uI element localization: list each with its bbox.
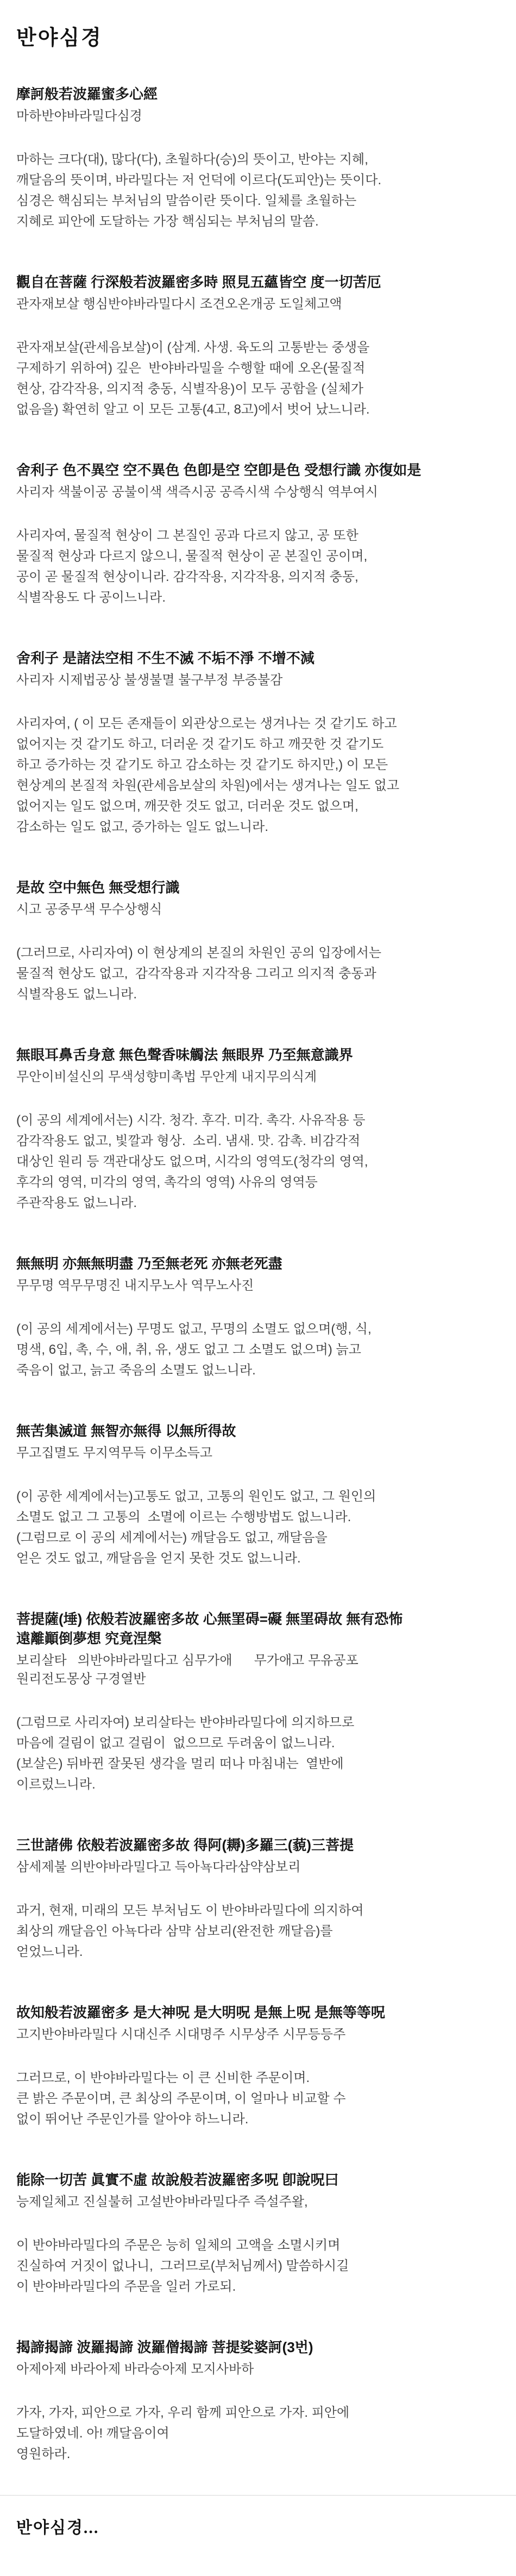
hanja-line: 舍利子 是諸法空相 不生不滅 不垢不淨 不增不減 <box>16 648 498 668</box>
hanja-line: 無苦集滅道 無智亦無得 以無所得故 <box>16 1421 498 1441</box>
commentary-text: (그러므로, 사리자여) 이 현상계의 본질의 차원인 공의 입장에서는 물질적… <box>16 943 498 1005</box>
transliteration-line: 보리살타 의반야바라밀다고 심무가애 무가애고 무유공포 원리전도몽상 구경열반 <box>16 1652 498 1689</box>
hanja-line: 揭諦揭諦 波羅揭諦 波羅僧揭諦 菩提娑婆訶(3번) <box>16 2337 498 2357</box>
commentary-text: (그럼므로 사리자여) 보리살타는 반야바라밀다에 의지하므로 마음에 걸림이 … <box>16 1712 498 1795</box>
sutra-section-gate-gate-mantra: 揭諦揭諦 波羅揭諦 波羅僧揭諦 菩提娑婆訶(3번) 아제아제 바라아제 바라승아… <box>16 2337 498 2465</box>
commentary-text: 이 반야바라밀다의 주문은 능히 일체의 고액을 소멸시키며 진실하여 거짓이 … <box>16 2235 498 2297</box>
hanja-line: 無眼耳鼻舌身意 無色聲香味觸法 無眼界 乃至無意識界 <box>16 1045 498 1065</box>
hanja-line: 是故 空中無色 無受想行識 <box>16 878 498 897</box>
sutra-section-dharma-marks: 舍利子 是諸法空相 不生不滅 不垢不淨 不增不減 사리자 시제법공상 불생불멸 … <box>16 648 498 837</box>
transliteration-line: 시고 공중무색 무수상행식 <box>16 901 498 919</box>
sutra-section-gwanjajae: 觀自在菩薩 行深般若波羅密多時 照見五蘊皆空 度一切苦厄 관자재보살 행심반야바… <box>16 272 498 420</box>
footer-divider <box>0 2495 516 2496</box>
sutra-document: 반야심경 摩訶般若波羅蜜多心經 마하반야바라밀다심경 마하는 크다(대), 많다… <box>0 0 516 2576</box>
commentary-text: 관자재보살(관세음보살)이 (삼계. 사생. 육도의 고통받는 중생을 구제하기… <box>16 337 498 420</box>
hanja-line: 舍利子 色不異空 空不異色 色卽是空 空卽是色 受想行識 亦復如是 <box>16 460 498 480</box>
sutra-section-no-form: 是故 空中無色 無受想行識 시고 공중무색 무수상행식 (그러므로, 사리자여)… <box>16 878 498 1005</box>
commentary-text: 사리자여, 물질적 현상이 그 본질인 공과 다르지 않고, 공 또한 물질적 … <box>16 526 498 608</box>
transliteration-line: 사리자 시제법공상 불생불멸 불구부정 부증불감 <box>16 671 498 690</box>
footer-title: 반야심경... <box>16 2514 498 2538</box>
hanja-line: 三世諸佛 依般若波羅密多故 得阿(耨)多羅三(藐)三菩提 <box>16 1835 498 1855</box>
transliteration-line: 무고집멸도 무지역무득 이무소득고 <box>16 1444 498 1462</box>
hanja-line: 故知般若波羅密多 是大神呪 是大明呪 是無上呪 是無等等呪 <box>16 2003 498 2022</box>
sutra-section-form-emptiness: 舍利子 色不異空 空不異色 色卽是空 空卽是色 受想行識 亦復如是 사리자 색불… <box>16 460 498 608</box>
sutra-section-bodhisattva: 菩提薩(埵) 依般若波羅密多故 心無罣碍=礙 無罣碍故 無有恐怖 遠離顚倒夢想 … <box>16 1609 498 1795</box>
transliteration-line: 사리자 색불이공 공불이색 색즉시공 공즉시색 수상행식 역부여시 <box>16 483 498 502</box>
sutra-section-maha-prajna: 摩訶般若波羅蜜多心經 마하반야바라밀다심경 마하는 크다(대), 많다(다), … <box>16 84 498 232</box>
hanja-line: 能除一切苦 眞實不虛 故說般若波羅密多呪 卽說呪曰 <box>16 2170 498 2190</box>
transliteration-line: 무무명 역무무명진 내지무노사 역무노사진 <box>16 1277 498 1295</box>
sutra-section-three-worlds-buddhas: 三世諸佛 依般若波羅密多故 得阿(耨)多羅三(藐)三菩提 삼세제불 의반야바라밀… <box>16 1835 498 1962</box>
transliteration-line: 무안이비설신의 무색성향미촉법 무안계 내지무의식계 <box>16 1068 498 1086</box>
commentary-text: 마하는 크다(대), 많다(다), 초월하다(승)의 뜻이고, 반야는 지혜, … <box>16 149 498 232</box>
sutra-section-no-senses: 無眼耳鼻舌身意 無色聲香味觸法 無眼界 乃至無意識界 무안이비설신의 무색성향미… <box>16 1045 498 1214</box>
transliteration-line: 능제일체고 진실불허 고설반야바라밀다주 즉설주왈, <box>16 2193 498 2211</box>
commentary-text: 그러므로, 이 반야바라밀다는 이 큰 신비한 주문이며. 큰 밝은 주문이며,… <box>16 2068 498 2130</box>
hanja-line: 摩訶般若波羅蜜多心經 <box>16 84 498 104</box>
commentary-text: (이 공의 세계에서는) 시각. 청각. 후각. 미각. 촉각. 사유작용 등 … <box>16 1110 498 1214</box>
commentary-text: 가자, 가자, 피안으로 가자, 우리 함께 피안으로 가자. 피안에 도달하였… <box>16 2403 498 2465</box>
sutra-section-great-mantra: 故知般若波羅密多 是大神呪 是大明呪 是無上呪 是無等等呪 고지반야바라밀다 시… <box>16 2003 498 2130</box>
sutra-section-no-ignorance: 無無明 亦無無明盡 乃至無老死 亦無老死盡 무무명 역무무명진 내지무노사 역무… <box>16 1254 498 1381</box>
commentary-text: 사리자여, ( 이 모든 존재들이 외관상으로는 생겨나는 것 같기도 하고 없… <box>16 714 498 837</box>
transliteration-line: 아제아제 바라아제 바라승아제 모지사바하 <box>16 2360 498 2379</box>
hanja-line: 菩提薩(埵) 依般若波羅密多故 心無罣碍=礙 無罣碍故 無有恐怖 遠離顚倒夢想 … <box>16 1609 498 1648</box>
hanja-line: 觀自在菩薩 行深般若波羅密多時 照見五蘊皆空 度一切苦厄 <box>16 272 498 292</box>
sutra-section-no-suffering: 無苦集滅道 無智亦無得 以無所得故 무고집멸도 무지역무득 이무소득고 (이 공… <box>16 1421 498 1569</box>
transliteration-line: 삼세제불 의반야바라밀다고 득아뇩다라삼약삼보리 <box>16 1858 498 1877</box>
hanja-line: 無無明 亦無無明盡 乃至無老死 亦無老死盡 <box>16 1254 498 1273</box>
transliteration-line: 관자재보살 행심반야바라밀다시 조견오온개공 도일체고액 <box>16 295 498 314</box>
transliteration-line: 마하반야바라밀다심경 <box>16 107 498 126</box>
commentary-text: (이 공한 세계에서는)고통도 없고, 고통의 원인도 없고, 그 원인의 소멸… <box>16 1486 498 1569</box>
page-title: 반야심경 <box>16 21 498 51</box>
commentary-text: 과거, 현재, 미래의 모든 부처님도 이 반야바라밀다에 의지하여 최상의 깨… <box>16 1900 498 1962</box>
sutra-section-removes-suffering: 能除一切苦 眞實不虛 故說般若波羅密多呪 卽說呪曰 능제일체고 진실불허 고설반… <box>16 2170 498 2297</box>
commentary-text: (이 공의 세계에서는) 무명도 없고, 무명의 소멸도 없으며(행, 식, 명… <box>16 1319 498 1381</box>
transliteration-line: 고지반야바라밀다 시대신주 시대명주 시무상주 시무등등주 <box>16 2025 498 2044</box>
